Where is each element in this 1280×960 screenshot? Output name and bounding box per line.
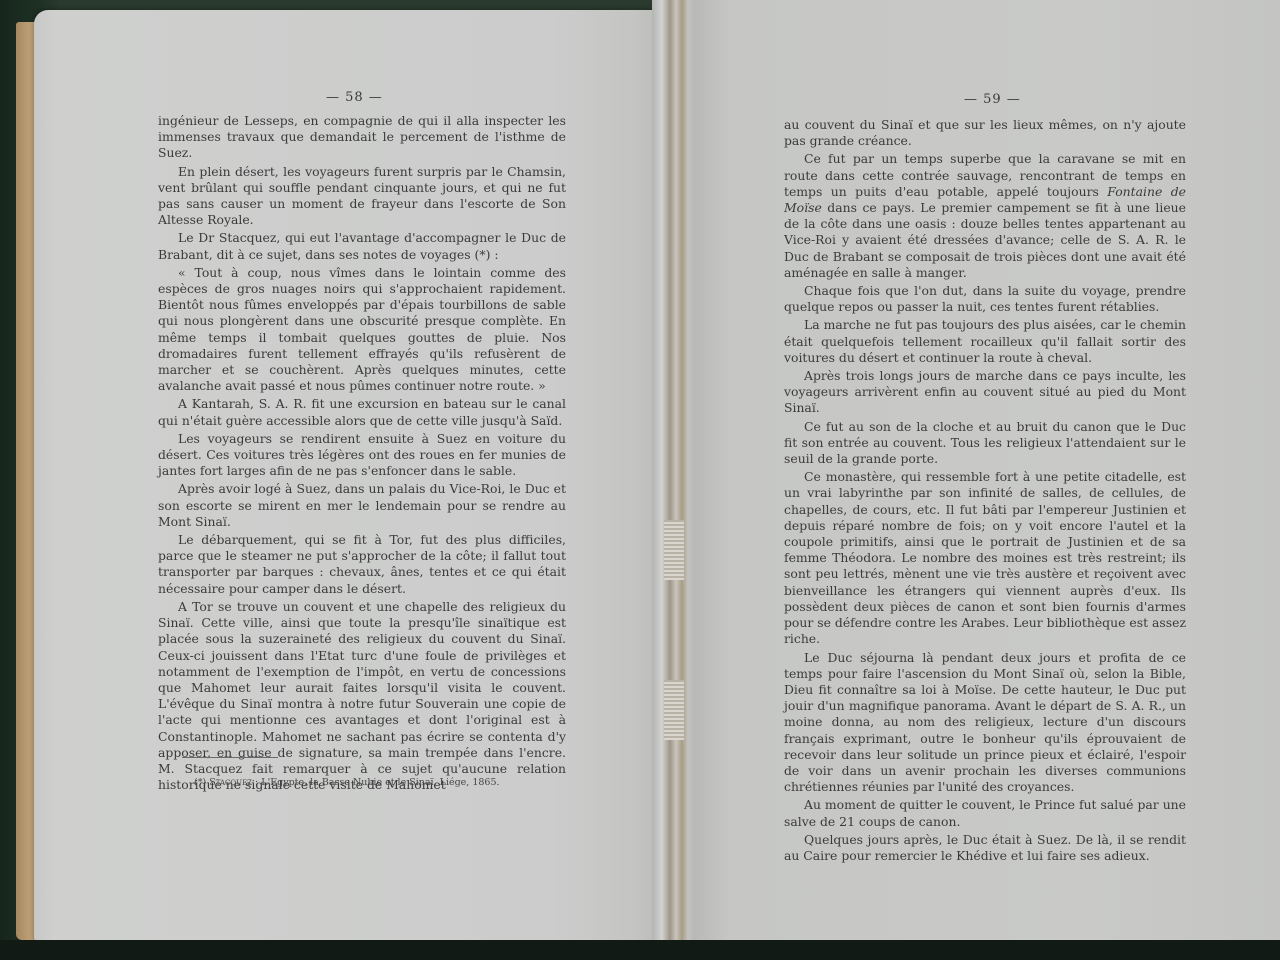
book-gutter — [652, 0, 694, 950]
binding-thread — [664, 680, 684, 740]
paragraph: ingénieur de Lesseps, en compagnie de qu… — [158, 113, 566, 162]
paragraph: Quelques jours après, le Duc était à Sue… — [784, 832, 1186, 864]
paragraph: En plein désert, les voyageurs furent su… — [158, 164, 566, 229]
page-number-right: — 59 — — [964, 92, 1021, 107]
table-surface — [0, 940, 1280, 960]
right-page-text: au couvent du Sinaï et que sur les lieux… — [784, 117, 1186, 866]
paragraph: Les voyageurs se rendirent ensuite à Sue… — [158, 431, 566, 480]
footnote-marker: (*) — [194, 777, 206, 788]
quotation-paragraph: « Tout à coup, nous vîmes dans le lointa… — [158, 265, 566, 395]
footnote-author: Stacquez — [209, 777, 252, 788]
paragraph: Après trois longs jours de marche dans c… — [784, 368, 1186, 417]
paragraph: A Kantarah, S. A. R. fit une excursion e… — [158, 396, 566, 428]
paragraph: Le débarquement, qui se fit à Tor, fut d… — [158, 532, 566, 597]
paragraph: Chaque fois que l'on dut, dans la suite … — [784, 283, 1186, 315]
binding-thread — [664, 520, 684, 580]
paragraph: Le Duc séjourna là pendant deux jours et… — [784, 650, 1186, 796]
footnote-text: : L'Egypte, la Basse Nubie et le Sinaï. … — [252, 777, 500, 788]
paragraph: Ce fut au son de la cloche et au bruit d… — [784, 419, 1186, 468]
paragraph: Au moment de quitter le couvent, le Prin… — [784, 797, 1186, 829]
paragraph: Après avoir logé à Suez, dans un palais … — [158, 481, 566, 530]
paragraph: Ce fut par un temps superbe que la carav… — [784, 151, 1186, 281]
paragraph: Le Dr Stacquez, qui eut l'avantage d'acc… — [158, 230, 566, 262]
footnote-rule — [182, 757, 278, 758]
paragraph: A Tor se trouve un couvent et une chapel… — [158, 599, 566, 793]
left-page-text: ingénieur de Lesseps, en compagnie de qu… — [158, 113, 566, 795]
paragraph: Ce monastère, qui ressemble fort à une p… — [784, 469, 1186, 647]
paragraph: au couvent du Sinaï et que sur les lieux… — [784, 117, 1186, 149]
footnote: (*) Stacquez : L'Egypte, la Basse Nubie … — [194, 777, 500, 788]
paragraph: La marche ne fut pas toujours des plus a… — [784, 317, 1186, 366]
page-number-left: — 58 — — [326, 90, 383, 105]
